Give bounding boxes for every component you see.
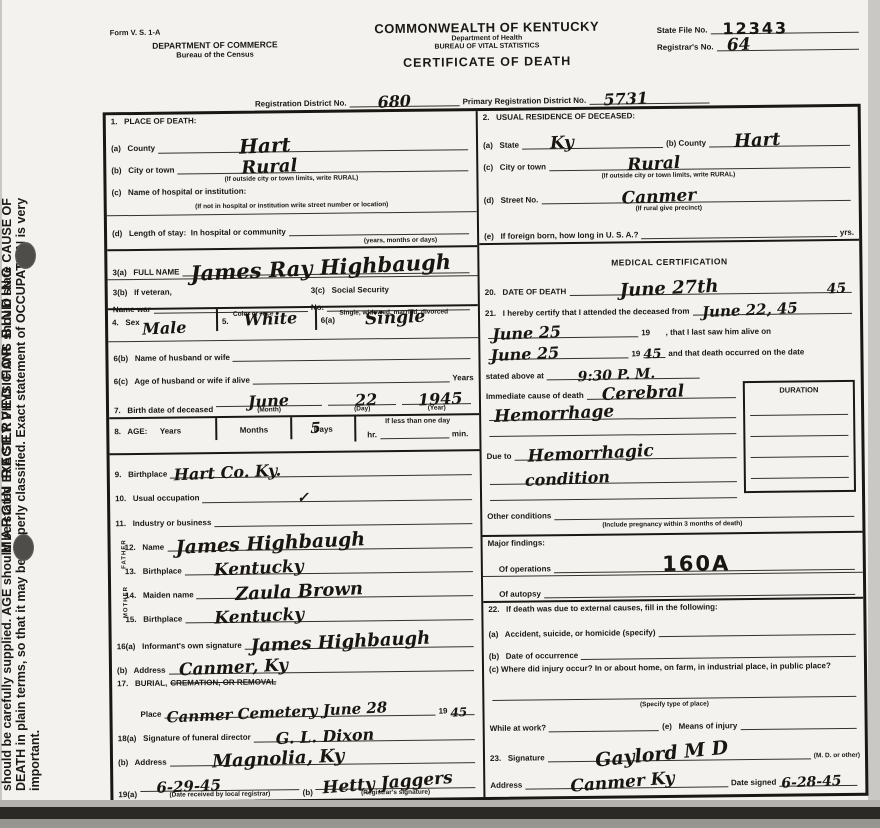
residence-street-line: Canmer	[541, 189, 850, 205]
length-of-stay-row: (d) Length of stay: In hospital or commu…	[107, 212, 477, 240]
lastsaw-year-line: 45	[643, 346, 665, 358]
means-of-injury-label: (e) Means of injury	[662, 721, 737, 731]
stated-above-label: stated above at	[486, 371, 544, 381]
veteran-label: 3(b) If veteran,	[113, 288, 172, 298]
father-birthplace-label: 13. Birthplace	[125, 567, 182, 577]
place-of-death-title: 1. PLACE OF DEATH:	[111, 116, 197, 126]
lastsaw-date-line: June 25	[488, 346, 628, 360]
burial-place-label: Place	[140, 709, 161, 718]
means-of-injury-line	[740, 717, 857, 730]
accident-line	[658, 623, 855, 637]
scan-edge-band	[0, 807, 880, 819]
city-label: (b) City or town	[111, 166, 174, 176]
occurrence-date-label: (b) Date of occurrence	[489, 651, 578, 661]
registrar-no-label: Registrar's No.	[657, 42, 714, 52]
certificate-form: Form V. S. 1-A DEPARTMENT OF COMMERCE Bu…	[102, 4, 873, 805]
birthdate-year-value: 1945	[417, 391, 462, 409]
full-name-line: James Ray Highbaugh	[182, 262, 469, 277]
state-file-row: State File No. 12343	[657, 16, 862, 35]
hospital-label: (c) Name of hospital or institution:	[112, 187, 247, 198]
birthdate-row: 7. Birth date of deceased June (Month) 2…	[109, 384, 479, 420]
occurrence-date-line	[581, 645, 856, 660]
residence-city-row: (c) City or town Rural	[478, 148, 858, 174]
physician-signature-row: 23. Signature Gaylord M D (M. D. or othe…	[485, 731, 865, 765]
spouse-age-label: 6(c) Age of husband or wife if alive	[114, 375, 250, 386]
county-line: Hart	[158, 138, 468, 154]
foreign-born-suffix: yrs.	[840, 228, 854, 237]
operations-value: 160A	[662, 553, 730, 575]
residence-street-row: (d) Street No. Canmer	[478, 179, 858, 207]
header-file-numbers: State File No. 12343 Registrar's No. 64	[657, 16, 862, 52]
mother-birthplace-line: Kentucky	[185, 608, 473, 623]
left-column: 1. PLACE OF DEATH: (a) County Hart (b) C…	[106, 111, 484, 801]
age-years-cell: 8. AGE: Years	[109, 418, 215, 441]
age-hr-line	[380, 427, 449, 440]
scan-edge-shadow	[0, 800, 880, 807]
certify-to-line: June 25	[488, 325, 638, 339]
race-num: 5.	[222, 317, 229, 326]
residence-state-line: Ky	[522, 136, 663, 150]
foreign-born-label: (e) If foreign born, how long in U. S. A…	[484, 230, 638, 241]
form-header: Form V. S. 1-A DEPARTMENT OF COMMERCE Bu…	[102, 4, 865, 85]
age-row: 8. AGE: Years Months Days 5 If less than…	[109, 415, 479, 455]
margin-binding-text: MARGIN RESERVED FOR BINDING	[0, 265, 14, 553]
at-work-line	[549, 719, 659, 732]
foreign-born-line	[641, 225, 837, 239]
certify-label: 21. I hereby certify that I attended the…	[485, 307, 690, 319]
age-less-cell: If less than one day hr. min.	[354, 415, 479, 441]
burial-place-line: Canmer Cemetery June 28	[164, 703, 435, 718]
physician-signature-line: Gaylord M D	[548, 747, 811, 762]
mother-group: MOTHER 14. Maiden name Zaula Brown 15. B…	[111, 574, 482, 626]
residence-city-value: Rural	[627, 155, 681, 174]
age-min-label: min.	[452, 429, 469, 438]
form-body: 1. PLACE OF DEATH: (a) County Hart (b) C…	[103, 104, 869, 805]
city-value: Rural	[241, 158, 298, 179]
date-signed-label: Date signed	[731, 778, 776, 788]
age-days-value: 5	[310, 421, 321, 436]
right-column: 2. USUAL RESIDENCE OF DECEASED: (a) Stat…	[476, 107, 866, 797]
certify-lastsaw-label: 19 , that I last saw him alive on	[641, 327, 771, 338]
age-hr-label: hr.	[367, 430, 377, 439]
punch-hole	[15, 242, 36, 269]
length-of-stay-label: (d) Length of stay: In hospital or commu…	[112, 227, 286, 238]
birthdate-month-cell: June (Month)	[213, 405, 325, 414]
birthplace-line: Hart Co. Ky.	[170, 463, 472, 478]
physician-address-row: Address Canmer Ky Date signed 6-28-45	[485, 761, 865, 792]
registrar-number: 64	[726, 37, 750, 55]
registrar-received-row: 19(a) 6-29-45 (Date received by local re…	[113, 765, 483, 801]
industry-label: 11. Industry or business	[115, 518, 211, 528]
primary-district-label: Primary Registration District No.	[463, 96, 587, 107]
burial-year-prefix: 19	[439, 706, 448, 715]
residence-county-line: Hart	[709, 134, 850, 148]
funeral-director-line: G. L. Dixon	[254, 728, 475, 743]
ssn-label: 3(c) Social Security	[311, 286, 389, 296]
cause-line2: Hemorrhage	[489, 406, 736, 421]
informant-line: James Highbaugh	[245, 635, 474, 650]
external-causes-title: 22. If death was due to external causes,…	[488, 602, 717, 614]
funeral-address-label: (b) Address	[118, 758, 167, 768]
spouse-name-line	[233, 347, 471, 362]
autopsy-label: Of autopsy	[499, 589, 541, 599]
city-row: (b) City or town Rural	[106, 152, 476, 178]
spouse-age-suffix: Years	[452, 373, 473, 382]
full-name-label: 3(a) FULL NAME	[112, 268, 179, 278]
sex-cell: 4. Sex Male	[108, 310, 216, 333]
father-group: FATHER 12. Name James Highbaugh 13. Birt…	[110, 526, 481, 578]
reg-district-label: Registration District No.	[255, 98, 347, 108]
cause-line1: Cerebral	[587, 386, 736, 400]
informant-row: 16(a) Informant's own signature James Hi…	[112, 622, 482, 653]
age-label: 8. AGE:	[114, 427, 147, 436]
primary-district-line: 5731	[589, 91, 709, 104]
physician-address-value: Canmer Ky	[569, 770, 675, 795]
registrar-no-line: 64	[716, 38, 859, 52]
residence-city-label: (c) City or town	[483, 162, 546, 172]
residence-title: 2. USUAL RESIDENCE OF DECEASED:	[483, 111, 635, 122]
state-file-label: State File No.	[657, 25, 708, 35]
race-value: White	[244, 311, 298, 329]
residence-city-line: Rural	[549, 156, 850, 171]
due-blank-line	[490, 486, 737, 501]
birthdate-label: 7. Birth date of deceased	[114, 405, 213, 415]
physician-signature-cap: (M. D. or other)	[814, 752, 860, 760]
header-agency: Form V. S. 1-A DEPARTMENT OF COMMERCE Bu…	[110, 26, 320, 60]
other-conditions-line	[554, 505, 854, 520]
date-signed-line: 6-28-45	[779, 774, 857, 787]
autopsy-line	[544, 583, 855, 599]
major-findings-label: Major findings:	[488, 538, 545, 548]
county-label: (a) County	[111, 144, 155, 154]
scan-edge-lower	[0, 819, 880, 828]
spouse-age-line	[253, 370, 450, 384]
date-of-death-label: 20. DATE OF DEATH	[485, 287, 567, 297]
birthdate-day-value: 22	[355, 392, 378, 409]
registrar-sig-cell: Hetty Jaggers (Registrar's signature)	[313, 787, 479, 797]
marital-num: 6(a)	[321, 316, 335, 325]
lastsaw-year-prefix: 19	[631, 349, 640, 358]
age-months-label: Months	[240, 426, 269, 435]
sex-value: Male	[142, 320, 187, 338]
due-to-line2: condition	[490, 470, 737, 485]
residence-state-label: (a) State	[483, 140, 519, 150]
birthdate-year-line: 1945	[402, 404, 471, 406]
sex-race-marital-row: 4. Sex Male 5. Color or race White 6(a) …	[108, 307, 478, 343]
mother-name-line: Zaula Brown	[197, 584, 474, 599]
burial-year-line: 45	[450, 703, 474, 715]
father-name-label: 12. Name	[125, 543, 165, 553]
length-of-stay-line	[289, 222, 469, 236]
state-file-line: 12343	[710, 21, 858, 35]
injury-place-label: (c) Where did injury occur? In or about …	[489, 661, 831, 674]
race-cell: 5. Color or race White	[216, 308, 315, 331]
certify-from-line: June 22, 45	[692, 302, 852, 316]
date-signed-value: 6-28-45	[781, 774, 842, 791]
received-num-label: 19(a)	[118, 790, 137, 799]
physician-address-line: Canmer Ky	[525, 775, 728, 789]
full-name-row: 3(a) FULL NAME James Ray Highbaugh	[107, 247, 477, 281]
residence-county-label: (b) County	[666, 138, 706, 148]
burial-label: 17. BURIAL,	[117, 678, 167, 688]
funeral-address-line: Magnolia, Ky	[170, 751, 476, 766]
operations-line: 160A	[554, 558, 855, 573]
funeral-director-label: 18(a) Signature of funeral director	[118, 733, 251, 744]
other-conditions-label: Other conditions	[487, 511, 551, 521]
reg-district-line: 680	[349, 94, 459, 107]
bureau-name: Bureau of the Census	[110, 49, 320, 60]
birthplace-label: 9. Birthplace	[115, 469, 168, 479]
age-years-label: Years	[160, 427, 181, 436]
received-date-value: 6-29-45	[156, 778, 221, 796]
accident-label: (a) Accident, suicide, or homicide (spec…	[489, 628, 656, 639]
birthdate-day-cell: 22 (Day)	[325, 404, 400, 413]
burial-struck-label: CREMATION, OR REMOVAL	[170, 677, 276, 687]
at-work-label: While at work?	[490, 723, 547, 733]
informant-label: 16(a) Informant's own signature	[117, 641, 242, 652]
header-title-block: COMMONWEALTH OF KENTUCKY Department of H…	[342, 18, 633, 70]
father-birthplace-line: Kentucky	[185, 560, 473, 575]
spouse-name-label: 6(b) Name of husband or wife	[113, 353, 230, 364]
marital-value: Single	[364, 309, 425, 329]
mother-birthplace-label: 15. Birthplace	[125, 615, 182, 625]
veteran-ssn-row: 3(b) If veteran, Name war 3(c) Social Se…	[108, 277, 478, 311]
cause-blank-line	[489, 422, 736, 437]
occupation-label: 10. Usual occupation	[115, 494, 200, 504]
cause-of-death-label: Immediate cause of death	[486, 391, 584, 401]
mother-name-label: 14. Maiden name	[125, 590, 194, 600]
time-of-death-line: 9:30 P. M.	[547, 367, 700, 381]
age-days-cell: Days 5	[290, 417, 354, 440]
sex-label: 4. Sex	[112, 318, 140, 327]
father-name-line: James Highbaugh	[167, 536, 473, 551]
city-line: Rural	[177, 160, 468, 175]
occupation-line: ✓	[202, 488, 472, 503]
physician-signature-label: 23. Signature	[490, 753, 545, 763]
residence-street-label: (d) Street No.	[484, 195, 539, 205]
birthdate-year-cell: 1945 (Year)	[399, 404, 474, 413]
death-occurred-label: and that death occurred on the date	[668, 347, 804, 358]
operations-label: Of operations	[499, 564, 551, 574]
certificate-paper: N. B.—WRITE PLAINLY WITH UNFADING INK—TH…	[2, 0, 868, 806]
form-number: Form V. S. 1-A	[110, 26, 320, 37]
informant-address-line: Canmer, Ky	[169, 659, 475, 674]
residence-state-value: Ky	[550, 135, 575, 153]
due-to-line1: Hemorrhagic	[514, 446, 736, 461]
burial-place-row: Place Canmer Cemetery June 28 19 45	[112, 689, 482, 721]
residence-street-value: Canmer	[621, 187, 696, 207]
physician-address-label: Address	[490, 780, 522, 790]
age-months-cell: Months	[215, 418, 290, 441]
informant-address-label: (b) Address	[117, 665, 166, 675]
received-date-cell: 6-29-45 (Date received by local registra…	[137, 789, 303, 799]
due-to-label: Due to	[487, 452, 512, 461]
burial-group: 17. BURIAL, CREMATION, OR REMOVAL Place …	[112, 673, 482, 721]
marital-cell: 6(a) Single, widowed, married, divorced …	[315, 307, 479, 331]
date-of-death-line: June 27th 45	[569, 281, 852, 296]
certificate-title: CERTIFICATE OF DEATH	[342, 53, 632, 70]
industry-line	[214, 512, 472, 527]
birthdate-month-value: June	[247, 393, 289, 411]
registrar-sig-num-label: (b)	[303, 788, 313, 797]
punch-hole	[13, 534, 34, 561]
